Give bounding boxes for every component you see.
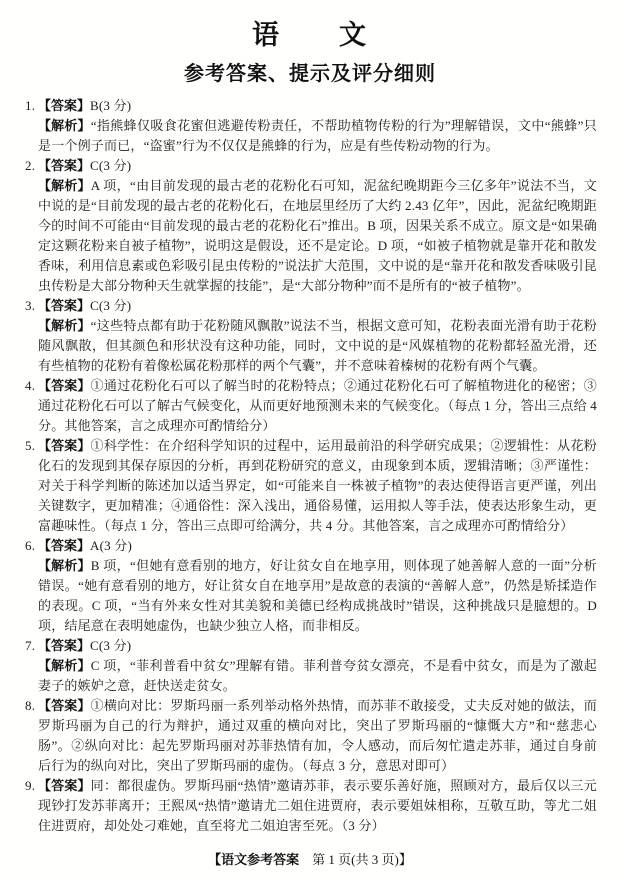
answer-item: 4.【答案】①通过花粉化石可以了解当时的花粉特点；②通过花粉化石可了解植物进化的… [25, 376, 597, 436]
answer-line: 【答案】C(3 分) [38, 296, 597, 316]
analysis-text: C 项，“菲利普看中贫女”理解有错。菲利普夸贫女漂亮，不是看中贫女，而是为了激起… [38, 658, 597, 693]
item-number: 3. [25, 296, 35, 316]
answer-label: 【答案】 [38, 538, 90, 553]
answer-text: ①通过花粉化石可以了解当时的花粉特点；②通过花粉化石可了解植物进化的秘密；③通过… [38, 378, 597, 433]
analysis-line: 【解析】“指熊蜂仅吸食花蜜但逃避传粉责任，不帮助植物传粉的行为”理解错误，文中“… [38, 116, 597, 156]
answer-line: 【答案】同：都很虚伪。罗斯玛丽“热情”邀请苏菲，表示要乐善好施，照顾对方，最后仅… [38, 776, 597, 836]
item-number: 1. [25, 96, 35, 116]
analysis-label: 【解析】 [38, 118, 91, 133]
item-number: 5. [25, 436, 35, 456]
answer-item: 6.【答案】A(3 分)【解析】B 项，“但她有意看别的地方，好让贫女自在地享用… [25, 536, 597, 636]
answer-label: 【答案】 [38, 158, 90, 173]
item-number: 9. [25, 776, 35, 796]
answer-line: 【答案】C(3 分) [38, 156, 597, 176]
answer-label: 【答案】 [38, 378, 91, 393]
answer-line: 【答案】①横向对比：罗斯玛丽一系列举动格外热情，而苏菲不敢接受，丈夫反对她的做法… [38, 696, 597, 776]
item-number: 8. [25, 696, 35, 716]
answer-label: 【答案】 [38, 298, 90, 313]
answer-line: 【答案】B(3 分) [38, 96, 597, 116]
analysis-label: 【解析】 [38, 558, 91, 573]
answer-text: C(3 分) [90, 638, 131, 653]
answer-label: 【答案】 [38, 438, 91, 453]
answer-line: 【答案】A(3 分) [38, 536, 597, 556]
item-number: 2. [25, 156, 35, 176]
answer-key-page: 语 文 参考答案、提示及评分细则 1.【答案】B(3 分)【解析】“指熊蜂仅吸食… [0, 0, 620, 881]
document-title: 语 文 [0, 0, 620, 52]
answer-label: 【答案】 [38, 98, 90, 113]
answer-item: 5.【答案】①科学性：在介绍科学知识的过程中，运用最前沿的科学研究成果；②逻辑性… [25, 436, 597, 536]
footer-page-info: 第 1 页(共 3 页)】 [299, 852, 412, 867]
analysis-line: 【解析】A 项，“由目前发现的最古老的花粉化石可知，泥盆纪晚期距今三亿多年”说法… [38, 176, 597, 296]
answer-text: C(3 分) [90, 158, 131, 173]
answer-items-list: 1.【答案】B(3 分)【解析】“指熊蜂仅吸食花蜜但逃避传粉责任，不帮助植物传粉… [25, 96, 597, 836]
document-subtitle: 参考答案、提示及评分细则 [0, 57, 620, 86]
answer-line: 【答案】C(3 分) [38, 636, 597, 656]
analysis-label: 【解析】 [38, 178, 91, 193]
item-number: 4. [25, 376, 35, 396]
analysis-line: 【解析】B 项，“但她有意看别的地方，好让贫女自在地享用，则体现了她善解人意的一… [38, 556, 597, 636]
answer-line: 【答案】①通过花粉化石可以了解当时的花粉特点；②通过花粉化石可了解植物进化的秘密… [38, 376, 597, 436]
answer-item: 3.【答案】C(3 分)【解析】“这些特点都有助于花粉随风飘散”说法不当，根据文… [25, 296, 597, 376]
answer-label: 【答案】 [38, 778, 91, 793]
answer-item: 9.【答案】同：都很虚伪。罗斯玛丽“热情”邀请苏菲，表示要乐善好施，照顾对方，最… [25, 776, 597, 836]
answer-text: 同：都很虚伪。罗斯玛丽“热情”邀请苏菲，表示要乐善好施，照顾对方，最后仅以三元现… [38, 778, 597, 833]
answer-text: A(3 分) [90, 538, 132, 553]
answer-item: 1.【答案】B(3 分)【解析】“指熊蜂仅吸食花蜜但逃避传粉责任，不帮助植物传粉… [25, 96, 597, 156]
answer-text: ①横向对比：罗斯玛丽一系列举动格外热情，而苏菲不敢接受，丈夫反对她的做法，而罗斯… [38, 698, 597, 773]
item-number: 7. [25, 636, 35, 656]
answer-text: B(3 分) [90, 98, 131, 113]
answer-text: ①科学性：在介绍科学知识的过程中，运用最前沿的科学研究成果；②逻辑性：从花粉化石… [38, 438, 597, 533]
analysis-text: “这些特点都有助于花粉随风飘散”说法不当，根据文意可知，花粉表面光滑有助于花粉随… [38, 318, 597, 373]
answer-line: 【答案】①科学性：在介绍科学知识的过程中，运用最前沿的科学研究成果；②逻辑性：从… [38, 436, 597, 536]
analysis-line: 【解析】“这些特点都有助于花粉随风飘散”说法不当，根据文意可知，花粉表面光滑有助… [38, 316, 597, 376]
analysis-text: “指熊蜂仅吸食花蜜但逃避传粉责任，不帮助植物传粉的行为”理解错误，文中“熊蜂”只… [38, 118, 597, 153]
answer-item: 2.【答案】C(3 分)【解析】A 项，“由目前发现的最古老的花粉化石可知，泥盆… [25, 156, 597, 296]
answer-label: 【答案】 [38, 638, 90, 653]
answer-item: 7.【答案】C(3 分)【解析】C 项，“菲利普看中贫女”理解有错。菲利普夸贫女… [25, 636, 597, 696]
footer-doc-label: 【语文参考答案 [208, 852, 299, 867]
answer-label: 【答案】 [38, 698, 91, 713]
analysis-label: 【解析】 [38, 318, 91, 333]
analysis-text: A 项，“由目前发现的最古老的花粉化石可知，泥盆纪晚期距今三亿多年”说法不当，文… [38, 178, 597, 293]
item-number: 6. [25, 536, 35, 556]
analysis-label: 【解析】 [38, 658, 91, 673]
answer-text: C(3 分) [90, 298, 131, 313]
analysis-line: 【解析】C 项，“菲利普看中贫女”理解有错。菲利普夸贫女漂亮，不是看中贫女，而是… [38, 656, 597, 696]
analysis-text: B 项，“但她有意看别的地方，好让贫女自在地享用，则体现了她善解人意的一面”分析… [38, 558, 597, 633]
page-footer: 【语文参考答案 第 1 页(共 3 页)】 [0, 849, 620, 868]
answer-item: 8.【答案】①横向对比：罗斯玛丽一系列举动格外热情，而苏菲不敢接受，丈夫反对她的… [25, 696, 597, 776]
